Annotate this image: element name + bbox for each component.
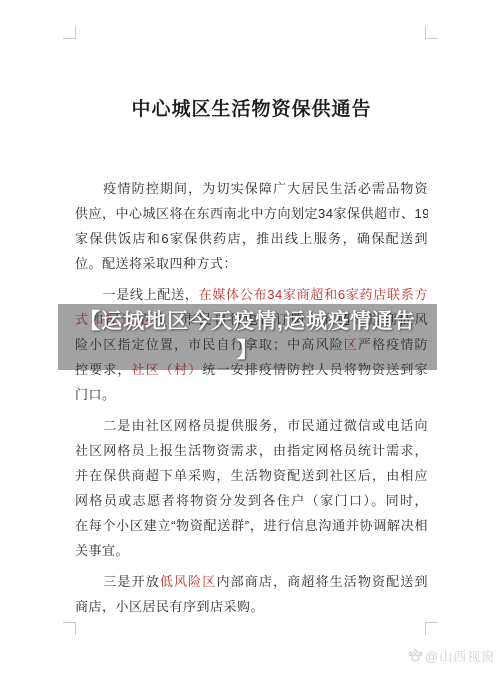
text-line: 关事宜。 <box>75 538 428 563</box>
corner-mark-top-left <box>63 26 76 39</box>
text-line: 在每个小区建立“物资配送群”，进行信息沟通并协调解决相 <box>75 513 428 538</box>
highlighted-text: 在媒体公布34家商超和6家药店联系方 <box>199 287 428 302</box>
text-line: 网格员或志愿者将物资分发到各住户（家门口）。同时， <box>75 488 428 513</box>
paw-print-icon <box>408 649 423 663</box>
text-run: 社区网格员上报生活物资需求，由指定网格员统计需求， <box>75 443 428 458</box>
text-run: 供应，中心城区将在东西南北中方向划定34家保供超市、19 <box>75 206 428 221</box>
notice-body: 疫情防控期间，为切实保障广大居民生活必需品物资供应，中心城区将在东西南北中方向划… <box>75 176 428 625</box>
text-run: 疫情防控期间，为切实保障广大居民生活必需品物资 <box>75 181 428 196</box>
text-run: 一是线上配送， <box>75 287 199 302</box>
text-run: 门口。 <box>75 387 116 402</box>
text-line: 并在保供商超下单采购，生活物资配送到社区后，由相应 <box>75 463 428 488</box>
paragraph: 疫情防控期间，为切实保障广大居民生活必需品物资供应，中心城区将在东西南北中方向划… <box>75 176 428 276</box>
text-run: 家保供饭店和6家保供药店，推出线上服务，确保配送到 <box>75 231 428 246</box>
notice-title: 中心城区生活物资保供通告 <box>75 94 428 121</box>
text-run: 网格员或志愿者将物资分发到各住户（家门口）。同时， <box>75 493 428 508</box>
text-line: 供应，中心城区将在东西南北中方向划定34家保供超市、19 <box>75 201 428 226</box>
text-line: 三是开放低风险区内部商店，商超将生活物资配送到 <box>75 569 428 594</box>
caption-line-1: 【运城地区今天疫情,运城疫情通告 <box>58 307 437 336</box>
text-run: 在每个小区建立“物资配送群”，进行信息沟通并协调解决相 <box>75 518 428 533</box>
text-run: 商店，小区居民有序到店采购。 <box>75 599 264 614</box>
text-line: 疫情防控期间，为切实保障广大居民生活必需品物资 <box>75 176 428 201</box>
caption-line-2: 】 <box>58 336 437 365</box>
highlighted-text: 低风险区 <box>160 574 217 589</box>
paragraph: 二是由社区网格员提供服务，市民通过微信或电话向社区网格员上报生活物资需求，由指定… <box>75 413 428 563</box>
text-run: 关事宜。 <box>75 543 129 558</box>
page: { "document": { "title": "中心城区生活物资保供通告",… <box>0 0 500 673</box>
watermark: @山西视窗 <box>408 646 495 665</box>
text-line: 门口。 <box>75 382 428 407</box>
watermark-text: @山西视窗 <box>425 646 495 665</box>
text-run: 内部商店，商超将生活物资配送到 <box>216 574 428 589</box>
text-line: 二是由社区网格员提供服务，市民通过微信或电话向 <box>75 413 428 438</box>
corner-mark-top-right <box>425 26 438 39</box>
text-line: 位。配送将采取四种方式： <box>75 251 428 276</box>
text-run: 二是由社区网格员提供服务，市民通过微信或电话向 <box>75 418 428 433</box>
text-line: 社区网格员上报生活物资需求，由指定网格员统计需求， <box>75 438 428 463</box>
text-line: 商店，小区居民有序到店采购。 <box>75 594 428 619</box>
paragraph: 三是开放低风险区内部商店，商超将生活物资配送到商店，小区居民有序到店采购。 <box>75 569 428 619</box>
text-run: 位。配送将采取四种方式： <box>75 256 237 271</box>
text-run: 三是开放 <box>75 574 160 589</box>
text-run: 并在保供商超下单采购，生活物资配送到社区后，由相应 <box>75 468 428 483</box>
overlay-caption: 【运城地区今天疫情,运城疫情通告 】 <box>58 304 437 370</box>
text-line: 家保供饭店和6家保供药店，推出线上服务，确保配送到 <box>75 226 428 251</box>
